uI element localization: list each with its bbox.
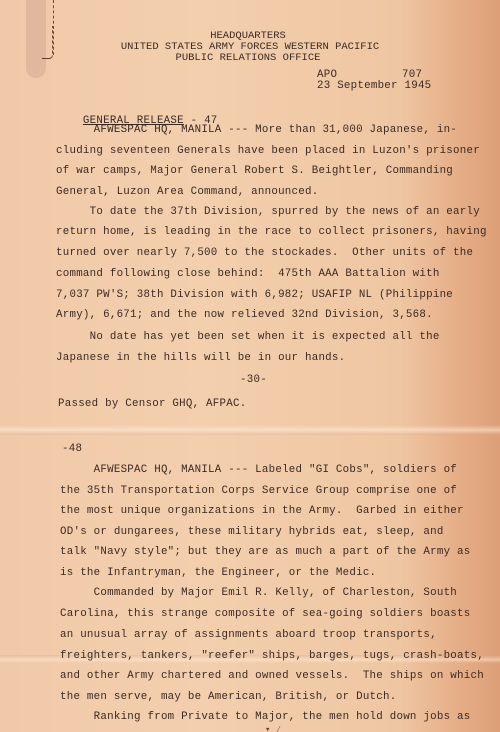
body-line: AFWESPAC HQ, MANILA --- Labeled "GI Cobs…: [60, 464, 457, 476]
censor-note: Passed by Censor GHQ, AFPAC.: [58, 398, 246, 410]
body-line: command following close behind: 475th AA…: [56, 268, 440, 280]
body-line: AFWESPAC HQ, MANILA --- More than 31,000…: [60, 124, 457, 136]
body-line: cluding seventeen Generals have been pla…: [56, 145, 480, 157]
body-line: an unusual array of assignments aboard t…: [60, 629, 437, 641]
body-line: Carolina, this strange composite of sea-…: [60, 608, 470, 620]
body-line: General, Luzon Area Command, announced.: [56, 186, 318, 198]
body-line: 7,037 PW'S; 38th Division with 6,982; US…: [56, 289, 453, 301]
release-48-number: -48: [62, 443, 82, 455]
body-line: No date has yet been set when it is expe…: [56, 331, 440, 343]
body-line: freighters, tankers, "reefer" ships, bar…: [60, 650, 484, 662]
body-line: talk "Navy style"; but they are as much …: [60, 546, 470, 558]
body-line: the men serve, may be American, British,…: [60, 691, 396, 703]
body-line: and other Army chartered and owned vesse…: [60, 670, 484, 682]
ink-mark: ▾ ⁄: [265, 725, 281, 732]
header-line-3: PUBLIC RELATIONS OFFICE: [0, 52, 498, 64]
body-line: Army), 6,671; and the now relieved 32nd …: [56, 309, 433, 321]
body-line: OD's or dungarees, these military hybrid…: [60, 526, 444, 538]
body-line: turned over nearly 7,500 to the stockade…: [56, 247, 473, 259]
body-line: the 35th Transportation Corps Service Gr…: [60, 485, 457, 497]
paper-fold: [0, 425, 500, 435]
document-page: HEADQUARTERS UNITED STATES ARMY FORCES W…: [0, 0, 500, 732]
body-line: Japanese in the hills will be in our han…: [56, 352, 345, 364]
body-line: Commanded by Major Emil R. Kelly, of Cha…: [60, 587, 457, 599]
end-mark: -30-: [240, 374, 267, 386]
body-line: To date the 37th Division, spurred by th…: [56, 206, 480, 218]
body-line: return home, is leading in the race to c…: [56, 226, 487, 238]
body-line: Ranking from Private to Major, the men h…: [60, 711, 470, 723]
body-line: is the Infantryman, the Engineer, or the…: [60, 567, 376, 579]
body-line: the most unique organizations in the Arm…: [60, 505, 464, 517]
release-date: 23 September 1945: [317, 80, 431, 92]
body-line: of war camps, Major General Robert S. Be…: [56, 165, 453, 177]
